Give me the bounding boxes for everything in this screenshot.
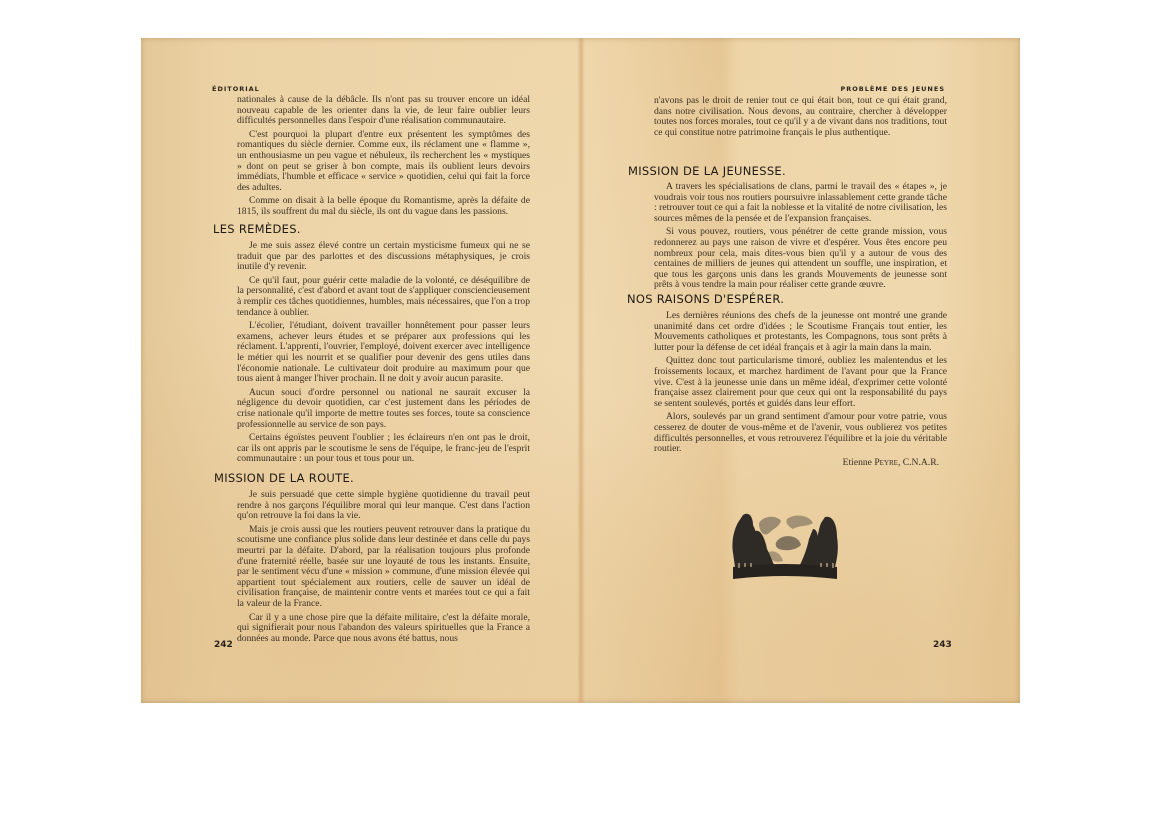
section-title-esperer: NOS RAISONS D'ESPÉRER. — [627, 292, 784, 306]
paragraph: Car il y a une chose pire que la défaite… — [237, 613, 530, 645]
page-number-left: 242 — [214, 640, 233, 650]
paragraph: nationales à cause de la débâcle. Ils n'… — [237, 95, 530, 127]
section-title-jeunesse: MISSION DE LA JEUNESSE. — [628, 164, 786, 178]
author-signature: Etienne Peyre, C.N.A.R. — [654, 458, 947, 469]
page-242: ÉDITORIAL nationales à cause de la débâc… — [141, 38, 581, 703]
running-head-right: PROBLÈME DES JEUNES — [841, 85, 945, 93]
author-last-name: Peyre — [874, 457, 898, 468]
paragraph: Je suis persuadé que cette simple hygièn… — [237, 490, 530, 522]
trees-clouds-vignette-icon — [729, 503, 841, 583]
paragraph: L'écolier, l'étudiant, doivent travaille… — [237, 321, 530, 385]
paragraph: Ce qu'il faut, pour guérir cette maladie… — [237, 276, 530, 318]
paragraph: C'est pourquoi la plupart d'entre eux pr… — [237, 130, 530, 194]
paragraph: Mais je crois aussi que les routiers peu… — [237, 525, 530, 610]
paragraph: Certains égoïstes peuvent l'oublier ; le… — [237, 433, 530, 465]
author-first-name: Etienne — [843, 457, 875, 468]
paragraph: A travers les spécialisations de clans, … — [654, 182, 947, 224]
paragraph: Les dernières réunions des chefs de la j… — [654, 311, 947, 353]
esperer-text: Les dernières réunions des chefs de la j… — [654, 311, 947, 468]
paragraph: Quittez donc tout particularisme timoré,… — [654, 356, 947, 409]
intro-text-left: nationales à cause de la débâcle. Ils n'… — [237, 95, 530, 221]
route-text: Je suis persuadé que cette simple hygièn… — [237, 490, 530, 647]
jeunesse-text: A travers les spécialisations de clans, … — [654, 182, 947, 294]
section-title-route: MISSION DE LA ROUTE. — [214, 471, 354, 485]
intro-text-right: n'avons pas le droit de renier tout ce q… — [654, 96, 947, 141]
book-spread: ÉDITORIAL nationales à cause de la débâc… — [141, 38, 1020, 703]
paragraph: Comme on disait à la belle époque du Rom… — [237, 196, 530, 217]
author-affiliation: , C.N.A.R. — [898, 457, 939, 468]
section-title-remedes: LES REMÈDES. — [213, 222, 301, 236]
paragraph: Alors, soulevés par un grand sentiment d… — [654, 412, 947, 454]
paragraph: Si vous pouvez, routiers, vous pénétrer … — [654, 227, 947, 291]
paragraph: Aucun souci d'ordre personnel ou nationa… — [237, 388, 530, 430]
paragraph: n'avons pas le droit de renier tout ce q… — [654, 96, 947, 138]
paragraph: Je me suis assez élevé contre un certain… — [237, 241, 530, 273]
remedes-text: Je me suis assez élevé contre un certain… — [237, 241, 530, 468]
page-number-right: 243 — [933, 640, 952, 650]
page-243: PROBLÈME DES JEUNES n'avons pas le droit… — [581, 38, 1020, 703]
running-head-left: ÉDITORIAL — [212, 85, 260, 93]
